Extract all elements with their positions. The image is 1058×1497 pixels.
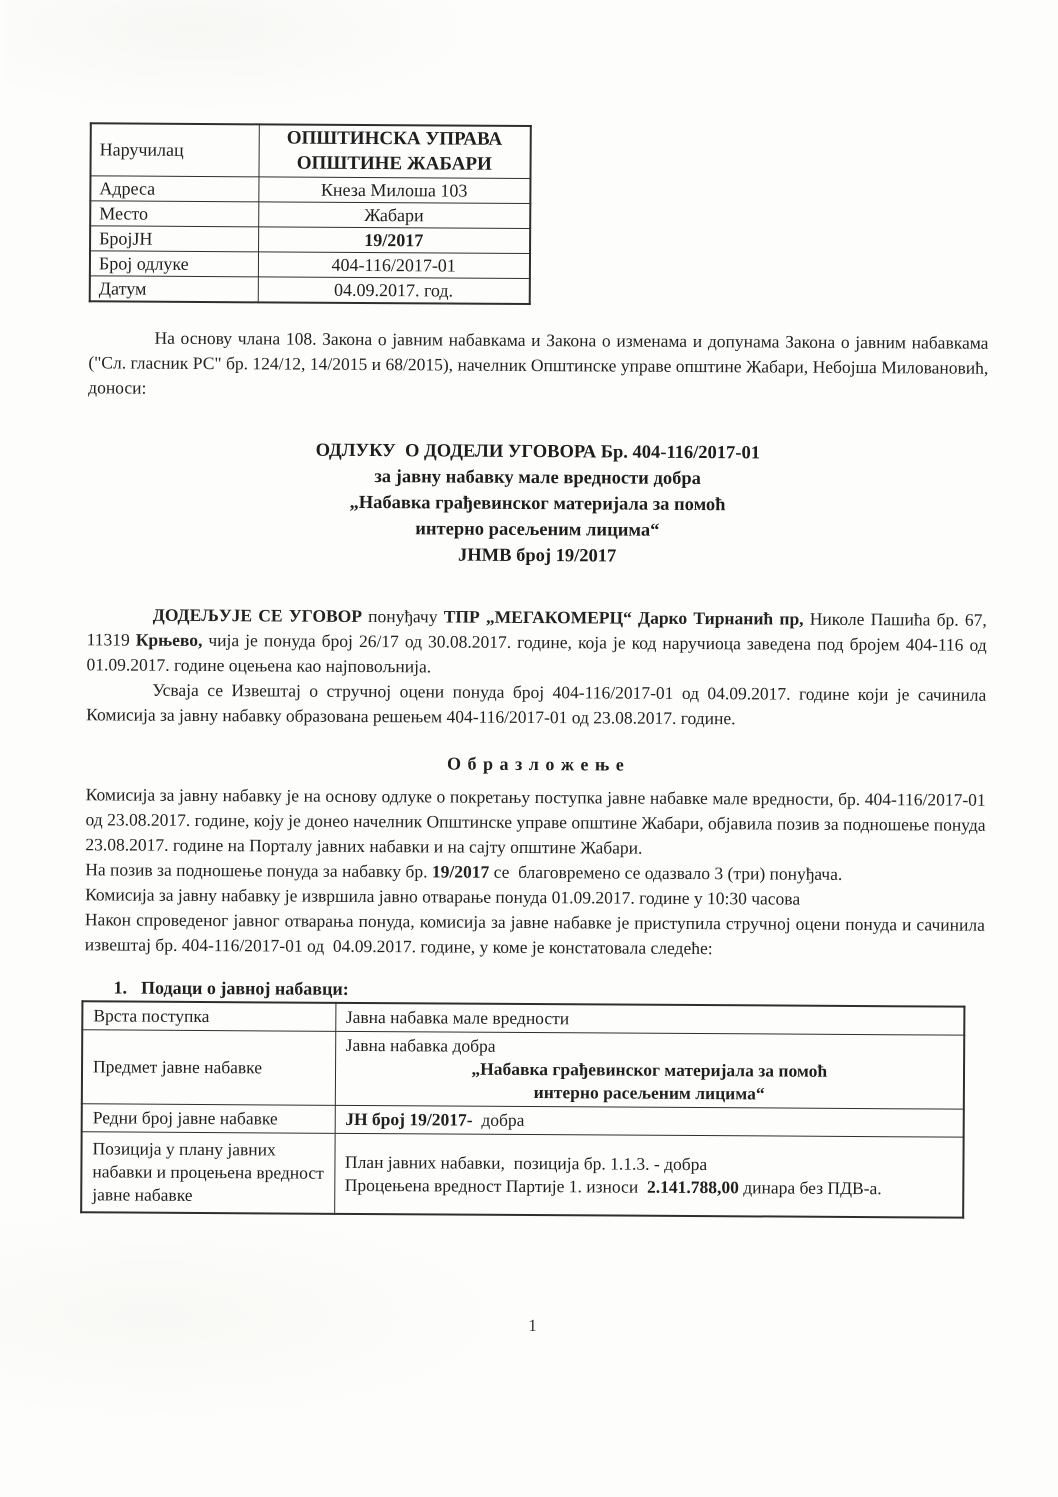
report-paragraph: Усваја се Извештај о стручној оцени пону… [86, 677, 986, 732]
estimated-value-pre: Процењена вредност Партије 1. износи [345, 1175, 647, 1197]
decision-number-value: 404-116/2017-01 [258, 252, 530, 279]
authority-label: Наручилац [90, 123, 258, 177]
plan-position-line2: Процењена вредност Партије 1. износи 2.1… [345, 1174, 953, 1201]
award-text-1: понуђачу [362, 606, 444, 626]
ordinal-number-bold: ЈН број 19/2017- [345, 1109, 472, 1130]
table-row: Наручилац ОПШТИНСКА УПРАВА ОПШТИНЕ ЖАБАР… [90, 123, 530, 179]
rationale-heading: О б р а з л о ж е њ е [86, 749, 986, 779]
address-label: Адреса [90, 176, 258, 202]
estimated-value-amount: 2.141.788,00 [647, 1176, 739, 1197]
date-label: Датум [90, 276, 258, 302]
decision-number-label: Број одлуке [90, 251, 258, 277]
plan-position-line1: План јавних набавки, позиција бр. 1.1.3.… [345, 1151, 953, 1178]
contracting-authority-table: Наручилац ОПШТИНСКА УПРАВА ОПШТИНЕ ЖАБАР… [89, 122, 532, 305]
procedure-type-value: Јавна набавка мале вредности [335, 1003, 964, 1036]
authority-value: ОПШТИНСКА УПРАВА ОПШТИНЕ ЖАБАРИ [258, 124, 530, 179]
scanned-document-page: Наручилац ОПШТИНСКА УПРАВА ОПШТИНЕ ЖАБАР… [0, 0, 1058, 1497]
award-paragraph: ДОДЕЉУЈЕ СЕ УГОВОР понуђачу ТПР „МЕГАКОМ… [86, 602, 986, 682]
award-verb: ДОДЕЉУЈЕ СЕ УГОВОР [153, 605, 362, 626]
document-content: Наручилац ОПШТИНСКА УПРАВА ОПШТИНЕ ЖАБАР… [0, 0, 1058, 1339]
ordinal-number-label: Редни број јавне набавке [82, 1104, 335, 1134]
table-row: Место Жабари [90, 201, 530, 229]
commission-paragraph: Комисија за јавну набавку је на основу о… [85, 782, 985, 862]
award-text-3: чија је понуда број 26/17 од 30.08.2017.… [86, 630, 986, 676]
table-row: Број одлуке 404-116/2017-01 [90, 251, 530, 279]
plan-position-value: План јавних набавки, позиција бр. 1.1.3.… [334, 1134, 963, 1218]
subject-value-line1: Јавна набавка добра [346, 1034, 954, 1061]
decision-title-line5: ЈНМВ број 19/2017 [87, 540, 987, 571]
procurement-number-value: 19/2017 [258, 227, 530, 254]
bidders-text-pre: На позив за подношење понуда за набавку … [85, 859, 432, 881]
section-title: Подаци о јавној набавци: [141, 978, 349, 999]
address-value: Кнеза Милоша 103 [258, 177, 530, 204]
subject-value: Јавна набавка добра „Набавка грађевинско… [335, 1032, 964, 1110]
bidders-procurement-number: 19/2017 [432, 861, 489, 881]
procedure-type-label: Врста поступка [82, 1001, 335, 1032]
subject-label: Предмет јавне набавке [82, 1030, 335, 1106]
procurement-number-label: БројЈН [90, 226, 258, 252]
table-row: Позиција у плану јавних набавки и процењ… [81, 1132, 963, 1217]
procurement-data-table: Врста поступка Јавна набавка мале вредно… [80, 1000, 965, 1218]
decision-title-block: ОДЛУКУ О ДОДЕЛИ УГОВОРА Бр. 404-116/2017… [87, 436, 988, 571]
table-row: БројЈН 19/2017 [90, 226, 530, 254]
place-value: Жабари [258, 202, 530, 229]
bidders-text-post: се благовремено се одазвало 3 (три) пону… [489, 862, 842, 884]
ordinal-number-value: ЈН број 19/2017- добра [335, 1106, 964, 1138]
table-row: Датум 04.09.2017. год. [90, 276, 530, 304]
estimated-value-post: динара без ПДВ-а. [739, 1177, 882, 1198]
awarded-bidder-town: Крњево, [136, 629, 203, 649]
page-number: 1 [82, 1313, 982, 1338]
place-label: Место [90, 201, 258, 227]
plan-position-label: Позиција у плану јавних набавки и процењ… [81, 1132, 334, 1214]
ordinal-number-rest: добра [473, 1110, 525, 1130]
table-row: Предмет јавне набавке Јавна набавка добр… [82, 1030, 964, 1109]
subject-value-line3: интерно расељеним лицима“ [345, 1080, 953, 1107]
date-value: 04.09.2017. год. [258, 277, 530, 304]
evaluation-paragraph: Након спроведеног јавног отварања понуда… [85, 907, 985, 962]
awarded-bidder-name: ТПР „МЕГАКОМЕРЦ“ Дарко Тирнанић пр, [444, 606, 804, 628]
table-row: Адреса Кнеза Милоша 103 [90, 176, 530, 204]
legal-basis-paragraph: На основу члана 108. Закона о јавним наб… [88, 325, 988, 405]
section-number: 1. [113, 977, 127, 997]
